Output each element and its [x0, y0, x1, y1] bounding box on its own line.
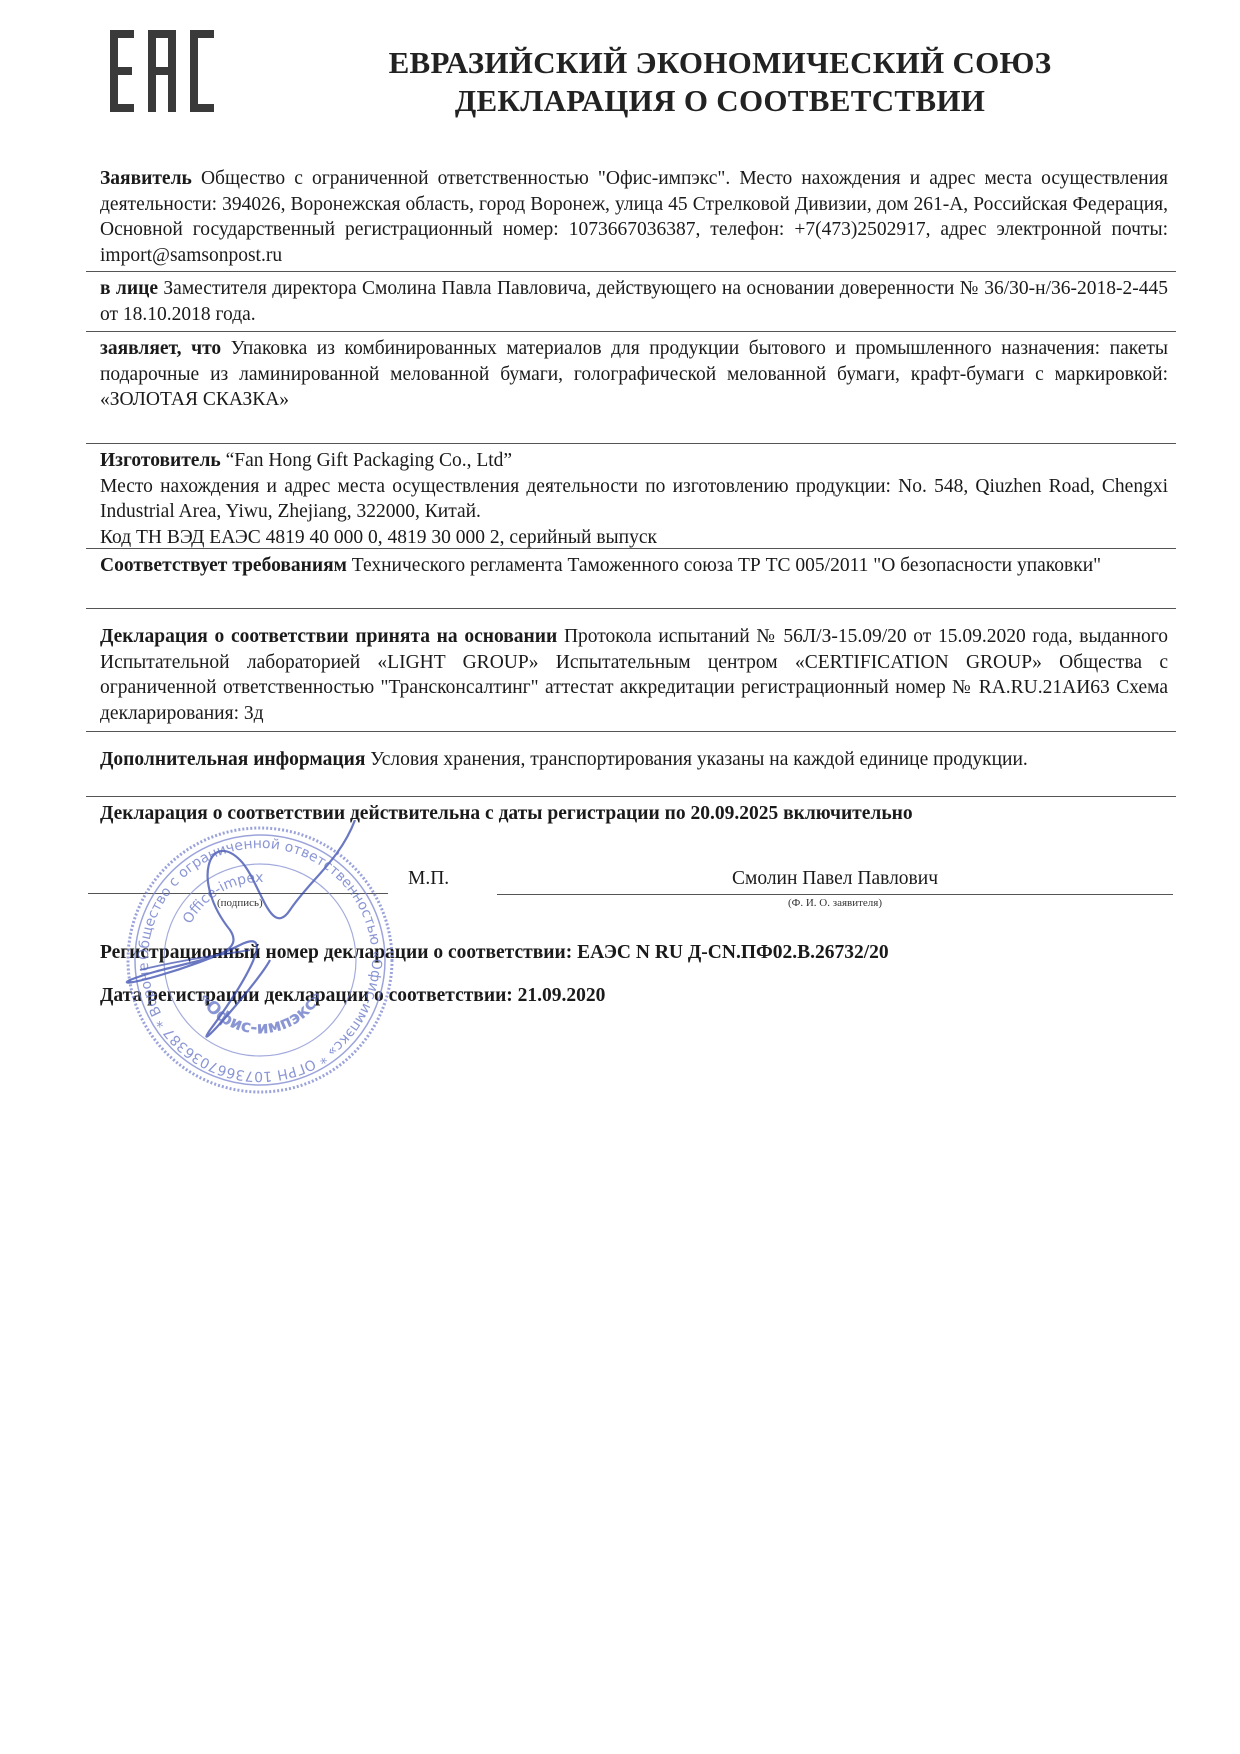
- conformity-label: Соответствует требованиям: [100, 555, 347, 576]
- company-stamp-icon: Общество с ограниченной ответственностью…: [120, 820, 400, 1100]
- conformity-text: Технического регламента Таможенного союз…: [352, 555, 1101, 576]
- manufacturer-name: “Fan Hong Gift Packaging Co., Ltd”: [226, 450, 513, 471]
- additional-info-label: Дополнительная информация: [100, 749, 365, 770]
- declares-text: Упаковка из комбинированных материалов д…: [100, 338, 1168, 410]
- declares-label: заявляет, что: [100, 338, 221, 359]
- basis-label: Декларация о соответствии принята на осн…: [100, 626, 557, 647]
- divider: [86, 731, 1176, 732]
- declaration-title: ДЕКЛАРАЦИЯ О СООТВЕТСТВИИ: [340, 82, 1100, 120]
- svg-text:Общество с ограниченной ответс: Общество с ограниченной ответственностью…: [120, 820, 384, 1084]
- divider: [86, 796, 1176, 797]
- basis-section: Декларация о соответствии принята на осн…: [100, 624, 1168, 726]
- eac-mark-icon: [108, 28, 216, 114]
- signer-name-line: [497, 894, 1173, 895]
- applicant-label: Заявитель: [100, 168, 192, 189]
- represented-by-text: Заместителя директора Смолина Павла Павл…: [100, 278, 1168, 325]
- additional-info-text: Условия хранения, транспортирования указ…: [370, 749, 1028, 770]
- document-header: ЕВРАЗИЙСКИЙ ЭКОНОМИЧЕСКИЙ СОЮЗ ДЕКЛАРАЦИ…: [340, 44, 1100, 120]
- signer-caption: (Ф. И. О. заявителя): [497, 897, 1173, 909]
- registration-number-value: ЕАЭС N RU Д-CN.ПФ02.В.26732/20: [577, 942, 889, 963]
- manufacturer-address: Место нахождения и адрес места осуществл…: [100, 474, 1168, 525]
- divider: [86, 608, 1176, 609]
- conformity-section: Соответствует требованиям Технического р…: [100, 553, 1168, 579]
- manufacturer-code: Код ТН ВЭД ЕАЭС 4819 40 000 0, 4819 30 0…: [100, 525, 1168, 551]
- registration-date-value: 21.09.2020: [518, 985, 606, 1006]
- represented-by-section: в лице Заместителя директора Смолина Пав…: [100, 276, 1168, 327]
- divider: [86, 443, 1176, 444]
- applicant-section: Заявитель Общество с ограниченной ответс…: [100, 166, 1168, 268]
- manufacturer-label: Изготовитель: [100, 450, 221, 471]
- divider: [86, 548, 1176, 549]
- additional-info-section: Дополнительная информация Условия хранен…: [100, 747, 1168, 773]
- represented-by-label: в лице: [100, 278, 158, 299]
- applicant-text: Общество с ограниченной ответственностью…: [100, 168, 1168, 266]
- union-title: ЕВРАЗИЙСКИЙ ЭКОНОМИЧЕСКИЙ СОЮЗ: [340, 44, 1100, 82]
- seal-label: М.П.: [408, 868, 449, 890]
- manufacturer-section: Изготовитель “Fan Hong Gift Packaging Co…: [100, 448, 1168, 550]
- signer-name: Смолин Павел Павлович: [497, 868, 1173, 890]
- declares-section: заявляет, что Упаковка из комбинированны…: [100, 336, 1168, 413]
- divider: [86, 271, 1176, 272]
- divider: [86, 331, 1176, 332]
